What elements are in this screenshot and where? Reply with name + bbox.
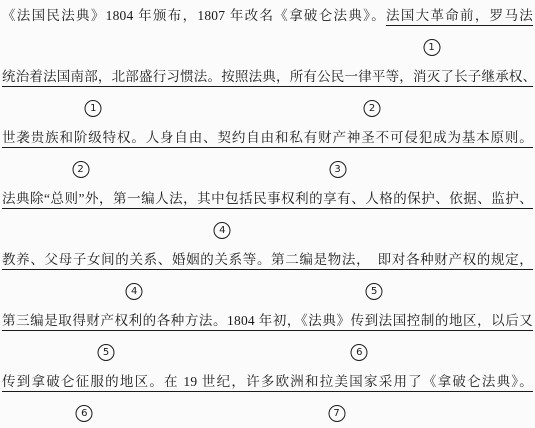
line-block-1: 《法国民法典》1804 年颁布，1807 年改名《拿破仑法典》。法国大革命前，罗… <box>2 3 533 64</box>
circled-number-5-icon: 5 <box>366 283 383 300</box>
circled-number-6-icon: 6 <box>351 344 368 361</box>
circled-number-1-icon: 1 <box>423 39 440 56</box>
circled-number-2-icon: 2 <box>72 161 89 178</box>
circled-number-4-icon: 4 <box>126 283 143 300</box>
circled-number-3-icon: 3 <box>329 161 346 178</box>
underlined-sentence-segment: 统治着法国南部，北部盛行习惯法。按照法典，所有公民一律平等，消灭了长子继承权、 <box>2 69 533 87</box>
line-block-3: 世袭贵族和阶级特权。人身自由、契约自由和私有财产神圣不可侵犯成为基本原则。23 <box>2 125 533 186</box>
line-block-7: 传到拿破仑征服的地区。在 19 世纪，许多欧洲和拉美国家采用了《拿破仑法典》。6… <box>2 369 533 428</box>
line-block-4: 法典除“总则”外，第一编人法，其中包括民事权利的享有、人格的保护、依据、监护、4 <box>2 186 533 247</box>
circled-number-1-icon: 1 <box>85 100 102 117</box>
text-line-2: 统治着法国南部，北部盛行习惯法。按照法典，所有公民一律平等，消灭了长子继承权、 <box>2 64 533 90</box>
text-line-3: 世袭贵族和阶级特权。人身自由、契约自由和私有财产神圣不可侵犯成为基本原则。 <box>2 125 533 151</box>
circled-number-5-icon: 5 <box>98 344 115 361</box>
line-block-6: 第三编是取得财产权利的各种方法。1804 年初，《法典》传到法国控制的地区，以后… <box>2 308 533 369</box>
text-line-6: 第三编是取得财产权利的各种方法。1804 年初，《法典》传到法国控制的地区，以后… <box>2 308 533 334</box>
text-line-4: 法典除“总则”外，第一编人法，其中包括民事权利的享有、人格的保护、依据、监护、 <box>2 186 533 212</box>
circled-number-2-icon: 2 <box>364 100 381 117</box>
circled-number-7-icon: 7 <box>328 405 345 422</box>
underlined-sentence-segment: 传到拿破仑征服的地区。在 19 世纪，许多欧洲和拉美国家采用了《拿破仑法典》。 <box>2 374 533 392</box>
plain-sentence-segment: 《法国民法典》1804 年颁布，1807 年改名《拿破仑法典》。 <box>2 8 386 23</box>
underlined-sentence-segment: 法典除“总则”外，第一编人法，其中包括民事权利的享有、人格的保护、依据、监护、 <box>2 191 533 209</box>
underlined-sentence-segment: 世袭贵族和阶级特权。人身自由、契约自由和私有财产神圣不可侵犯成为基本原则。 <box>2 130 533 148</box>
document-page: 《法国民法典》1804 年颁布，1807 年改名《拿破仑法典》。法国大革命前，罗… <box>0 0 535 428</box>
underlined-sentence-segment: 第三编是取得财产权利的各种方法。1804 年初，《法典》传到法国控制的地区，以后… <box>2 313 533 331</box>
text-line-5: 教养、父母子女间的关系、婚姻的关系等。第二编是物法， 即对各种财产权的规定， <box>2 247 533 273</box>
underlined-sentence-segment: 教养、父母子女间的关系、婚姻的关系等。第二编是物法， 即对各种财产权的规定， <box>2 252 533 270</box>
circled-number-6-icon: 6 <box>76 405 93 422</box>
underlined-sentence-segment: 法国大革命前，罗马法 <box>386 8 533 26</box>
text-line-1: 《法国民法典》1804 年颁布，1807 年改名《拿破仑法典》。法国大革命前，罗… <box>2 3 533 29</box>
circled-number-4-icon: 4 <box>214 222 231 239</box>
line-block-5: 教养、父母子女间的关系、婚姻的关系等。第二编是物法， 即对各种财产权的规定，45 <box>2 247 533 308</box>
text-line-7: 传到拿破仑征服的地区。在 19 世纪，许多欧洲和拉美国家采用了《拿破仑法典》。 <box>2 369 533 395</box>
line-block-2: 统治着法国南部，北部盛行习惯法。按照法典，所有公民一律平等，消灭了长子继承权、1… <box>2 64 533 125</box>
